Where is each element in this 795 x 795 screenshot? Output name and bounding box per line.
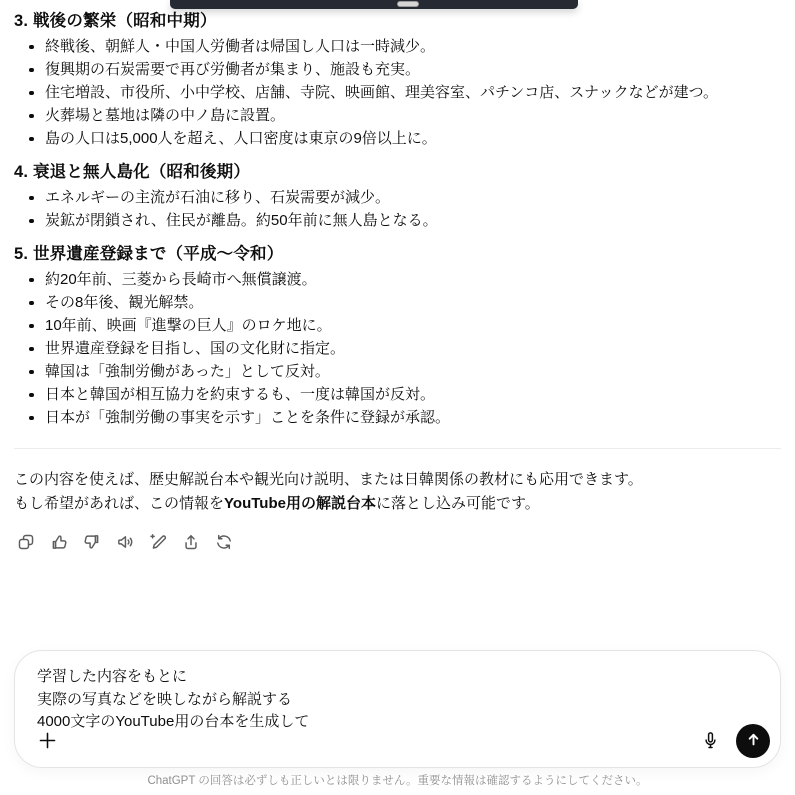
section-heading-5: 5. 世界遺産登録まで（平成～令和）: [14, 246, 781, 263]
prompt-input[interactable]: 学習した内容をもとに 実際の写真などを映しながら解説する 4000文字のYouT…: [15, 651, 780, 734]
list-item: 島の人口は5,000人を超え、人口密度は東京の9倍以上に。: [45, 127, 781, 150]
list-item: 住宅増設、市役所、小中学校、店舗、寺院、映画館、理美容室、パチンコ店、スナックな…: [45, 81, 781, 104]
message-actions: [14, 532, 781, 551]
closing-line-1: この内容を使えば、歴史解説台本や観光向け説明、または日韓関係の教材にも応用できま…: [14, 468, 781, 492]
list-item: その8年後、観光解禁。: [45, 291, 781, 314]
composer-toolbar: [37, 724, 770, 758]
section-3-bullets: 終戦後、朝鮮人・中国人労働者は帰国し人口は一時減少。 復興期の石炭需要で再び労働…: [14, 35, 781, 150]
disclaimer-text: ChatGPT の回答は必ずしも正しいとは限りません。重要な情報は確認するように…: [0, 773, 795, 789]
thumbs-down-button[interactable]: [82, 532, 101, 551]
plus-icon: [38, 738, 57, 753]
section-heading-4: 4. 衰退と無人島化（昭和後期）: [14, 164, 781, 181]
list-item: 炭鉱が閉鎖され、住民が離島。約50年前に無人島となる。: [45, 209, 781, 232]
closing-line-2: もし希望があれば、この情報をYouTube用の解説台本に落とし込み可能です。: [14, 492, 781, 516]
send-button[interactable]: [736, 724, 770, 758]
edit-icon: [149, 533, 167, 551]
thumbs-down-icon: [83, 533, 101, 551]
floating-toolbar: [170, 0, 578, 9]
read-aloud-button[interactable]: [115, 532, 134, 551]
section-5-bullets: 約20年前、三菱から長崎市へ無償譲渡。 その8年後、観光解禁。 10年前、映画『…: [14, 268, 781, 429]
share-button[interactable]: [181, 532, 200, 551]
list-item: 日本と韓国が相互協力を約束するも、一度は韓国が反対。: [45, 383, 781, 406]
message-divider: [14, 448, 781, 449]
assistant-message: 3. 戦後の繁栄（昭和中期） 終戦後、朝鮮人・中国人労働者は帰国し人口は一時減少…: [0, 13, 795, 551]
section-heading-3: 3. 戦後の繁栄（昭和中期）: [14, 13, 781, 30]
attach-button[interactable]: [37, 731, 57, 751]
list-item: エネルギーの主流が石油に移り、石炭需要が減少。: [45, 186, 781, 209]
list-item: 世界遺産登録を目指し、国の文化財に指定。: [45, 337, 781, 360]
read-aloud-icon: [116, 533, 134, 551]
list-item: 終戦後、朝鮮人・中国人労働者は帰国し人口は一時減少。: [45, 35, 781, 58]
list-item: 火葬場と墓地は隣の中ノ島に設置。: [45, 104, 781, 127]
list-item: 復興期の石炭需要で再び労働者が集まり、施設も充実。: [45, 58, 781, 81]
closing-paragraph: この内容を使えば、歴史解説台本や観光向け説明、または日韓関係の教材にも応用できま…: [14, 468, 781, 516]
list-item: 日本が「強制労働の事実を示す」ことを条件に登録が承認。: [45, 406, 781, 429]
copy-icon: [17, 533, 35, 551]
list-item: 10年前、映画『進撃の巨人』のロケ地に。: [45, 314, 781, 337]
send-arrow-icon: [745, 731, 762, 751]
regenerate-button[interactable]: [214, 532, 233, 551]
regenerate-icon: [215, 533, 233, 551]
microphone-icon: [701, 738, 720, 753]
thumbs-up-button[interactable]: [49, 532, 68, 551]
list-item: 韓国は「強制労働があった」として反対。: [45, 360, 781, 383]
edit-button[interactable]: [148, 532, 167, 551]
toolbar-handle[interactable]: [397, 1, 419, 7]
list-item: 約20年前、三菱から長崎市へ無償譲渡。: [45, 268, 781, 291]
share-icon: [182, 533, 200, 551]
composer[interactable]: 学習した内容をもとに 実際の写真などを映しながら解説する 4000文字のYouT…: [14, 650, 781, 768]
dictate-button[interactable]: [700, 731, 720, 751]
copy-button[interactable]: [16, 532, 35, 551]
thumbs-up-icon: [50, 533, 68, 551]
section-4-bullets: エネルギーの主流が石油に移り、石炭需要が減少。 炭鉱が閉鎖され、住民が離島。約5…: [14, 186, 781, 232]
